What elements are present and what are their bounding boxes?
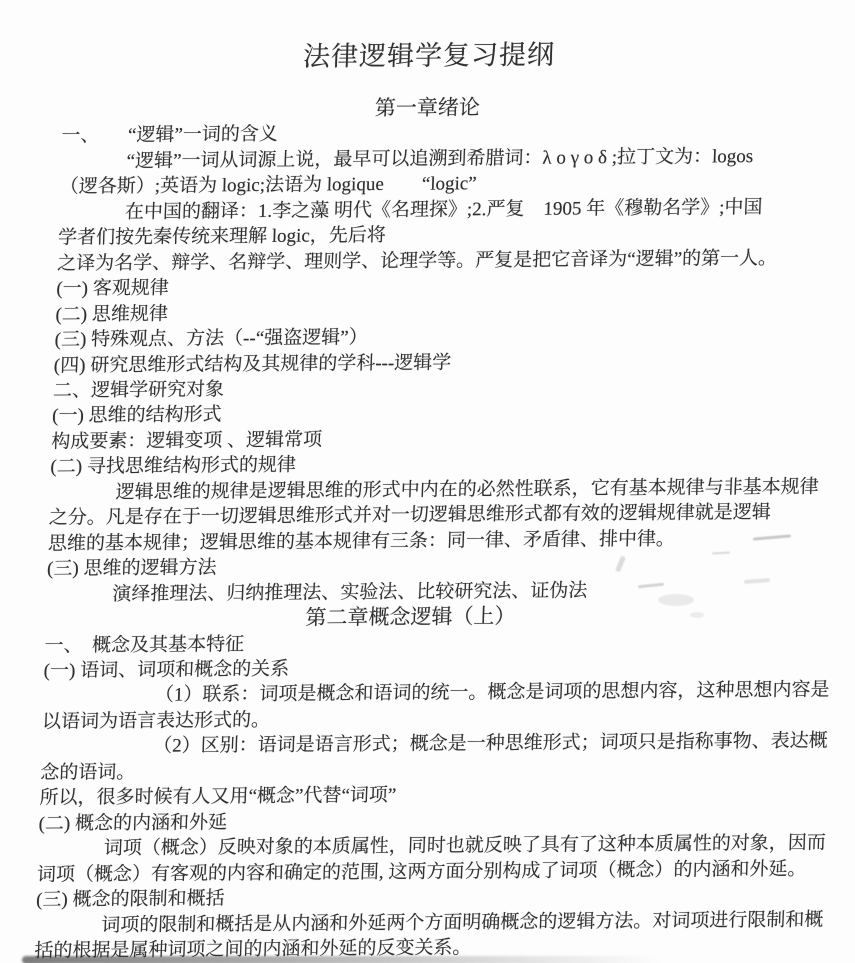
scan-smudge bbox=[658, 594, 694, 606]
page-edge-shadow bbox=[22, 956, 662, 963]
document-content: 法律逻辑学复习提纲 第一章绪论一、 “逻辑”一词的含义“逻辑”一词从词源上说，最… bbox=[0, 0, 855, 963]
scan-smudge bbox=[690, 612, 704, 618]
document-title: 法律逻辑学复习提纲 bbox=[0, 36, 795, 76]
document-body: 第一章绪论一、 “逻辑”一词的含义“逻辑”一词从词源上说，最早可以追溯到希腊词：… bbox=[0, 93, 793, 963]
scanned-document-page: 法律逻辑学复习提纲 第一章绪论一、 “逻辑”一词的含义“逻辑”一词从词源上说，最… bbox=[0, 0, 855, 963]
